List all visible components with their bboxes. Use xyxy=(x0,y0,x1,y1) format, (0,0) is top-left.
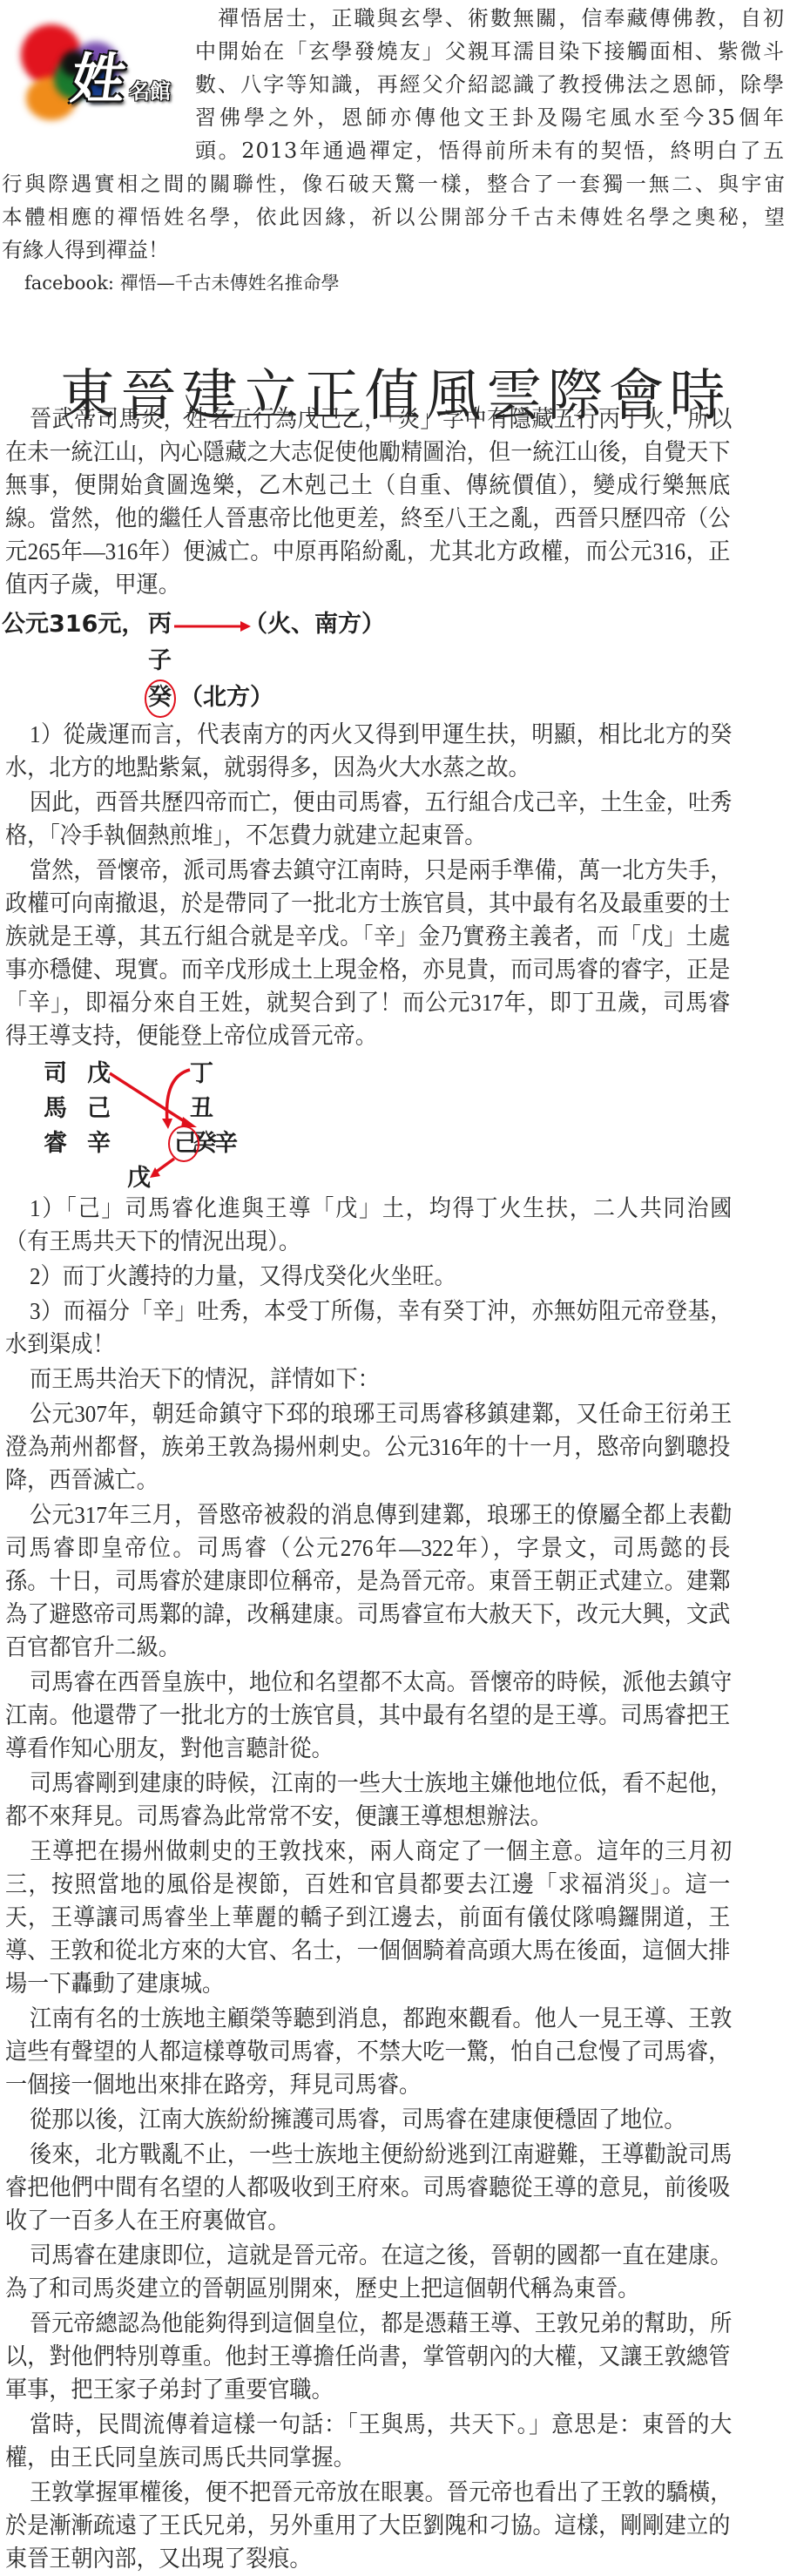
author-intro: 姓 名館 禪悟居士，正職與玄學、術數無關，信奉藏傳佛教，自初 中開始在「玄學發燒… xyxy=(0,0,790,296)
paragraph-line: （有王馬共天下的情況出現）。 xyxy=(5,1227,730,1256)
paragraph-line: 司馬睿剛到建康的時候，江南的一些大士族地主嫌他地位低，看不起他， xyxy=(30,1768,732,1798)
diagram-hidden-stem: 癸 xyxy=(148,683,172,713)
paragraph-line: 族就是王導，其五行組合就是辛戊。「辛」金乃實務主義者，而「戊」土處 xyxy=(5,922,730,951)
paragraph-line: 而王馬共治天下的情況，詳情如下： xyxy=(30,1364,732,1394)
paragraph-line: 元265年—316年）便滅亡。中原再陷紛亂，尤其北方政權，而公元316，正 xyxy=(5,537,730,566)
paragraph-line: 水到渠成！ xyxy=(5,1329,730,1359)
intro-line: 習佛學之外，恩師亦傳他文王卦及陽宅風水至今35個年 xyxy=(195,105,785,131)
intro-line: 中開始在「玄學發燒友」父親耳濡目染下接觸面相、紫微斗 xyxy=(195,38,785,64)
intro-line: 本體相應的禪悟姓名學，依此因緣，祈以公開部分千古未傳姓名學之奧秘，望 xyxy=(2,204,785,230)
facebook-line: facebook: 禪悟—千古未傳姓名推命學 xyxy=(24,270,340,296)
paragraph-line: 政權可向南撤退，於是帶同了一批北方士族官員，其中最有名及最重要的士 xyxy=(5,889,730,918)
paragraph-line: 司馬睿即皇帝位。司馬睿（公元276年—322年），字景文，司馬懿的長 xyxy=(5,1533,730,1563)
paragraph-line: 權，由王氏同皇族司馬氏共同掌握。 xyxy=(5,2443,730,2472)
intro-line: 有緣人得到禪益！ xyxy=(2,237,169,263)
logo-small-text: 名館 xyxy=(129,81,171,102)
paragraph-line: 這些有聲望的人都這樣尊敬司馬睿，不禁大吃一驚，怕自己怠慢了司馬睿， xyxy=(5,2037,730,2066)
paragraph-line: 公元307年，朝廷命鎮守下邳的琅琊王司馬睿移鎮建鄴，又任命王衍弟王 xyxy=(30,1399,732,1429)
paragraph-line: 後來，北方戰亂不止，一些士族地主便紛紛逃到江南避難，王導勸說司馬 xyxy=(30,2140,732,2169)
paragraph-line: 都不來拜見。司馬睿為此常常不安，便讓王導想想辦法。 xyxy=(5,1802,730,1831)
arrow-down-left-icon xyxy=(155,1159,174,1173)
arrowhead-icon xyxy=(162,1119,172,1129)
arrowhead-icon xyxy=(150,1167,160,1178)
logo-big-char: 姓 xyxy=(68,52,130,106)
paragraph-line: 東晉王朝內部，又出現了裂痕。 xyxy=(5,2544,730,2573)
paragraph-line: 水，北方的地點紫氣，就弱得多，因為火大水蒸之故。 xyxy=(5,753,730,782)
paragraph-line: 線。當然，他的繼任人晉惠帝比他更差，終至八王之亂，西晉只歷四帝（公 xyxy=(5,504,730,533)
paragraph-line: 從那以後，江南大族紛紛擁護司馬睿，司馬睿在建康便穩固了地位。 xyxy=(30,2105,732,2134)
paragraph-line: 一個接一個地出來排在路旁，拜見司馬睿。 xyxy=(5,2070,730,2099)
diagram-year-stem: 丁 xyxy=(190,1059,213,1089)
paragraph-line: 值丙子歲，甲運。 xyxy=(5,570,730,599)
paragraph-line: 降，西晉滅亡。 xyxy=(5,1465,730,1495)
paragraph-line: 在未一統江山，內心隱藏之大志促使他勵精圖治，但一統江山後，自覺天下 xyxy=(5,437,730,467)
diagram-result: 戊 xyxy=(127,1164,151,1193)
diagram-hidden-label: （北方） xyxy=(179,683,273,713)
paragraph-line: 三，按照當地的風俗是禊節，百姓和官員都要去江邊「求福消災」。這一 xyxy=(5,1869,730,1899)
intro-line: 頭。2013年通過禪定，悟得前所未有的契悟，終明白了五 xyxy=(195,138,785,164)
paragraph-line: 當然，晉懷帝，派司馬睿去鎮守江南時，只是兩手準備，萬一北方失手， xyxy=(30,855,732,885)
paragraph-line: 場一下轟動了建康城。 xyxy=(5,1969,730,1998)
paragraph-line: 事亦穩健、現實。而辛戊形成土上現金格，亦見貴，而司馬睿的睿字，正是 xyxy=(5,955,730,984)
paragraph-line: 當時，民間流傳着這樣一句話：「王與馬，共天下。」意思是：東晉的大 xyxy=(30,2410,732,2439)
intro-line: 數、八字等知識，再經父介紹認識了教授佛法之恩師，除學 xyxy=(195,71,785,98)
paragraph-line: 無事，便開始貪圖逸樂，乙木剋己土（自重、傳統價值），變成行樂無底 xyxy=(5,470,730,500)
paragraph-line: 收了一百多人在王府裏做官。 xyxy=(5,2206,730,2235)
diagram-name-element: 辛 xyxy=(87,1129,111,1159)
paragraph-line: 導、王敦和從北方來的大官、名士，一個個騎着高頭大馬在後面，這個大排 xyxy=(5,1936,730,1965)
paragraph-line: 2）而丁火護持的力量，又得戊癸化火坐旺。 xyxy=(30,1261,732,1291)
paragraph-line: 司馬睿在建康即位，這就是晉元帝。在這之後，晉朝的國都一直在建康。 xyxy=(30,2241,732,2270)
paragraph-line: 孫。十日，司馬睿於建康即位稱帝，是為晉元帝。東晉王朝正式建立。建鄴 xyxy=(5,1566,730,1596)
diagram-stem: 丙 xyxy=(148,610,172,639)
diagram-name-char: 睿 xyxy=(44,1129,67,1159)
paragraph-line: 為了和司馬炎建立的晉朝區別開來，歷史上把這個朝代稱為東晉。 xyxy=(5,2274,730,2303)
paragraph-line: 為了避愍帝司馬鄴的諱，改稱建康。司馬睿宣布大赦天下，改元大興，文武 xyxy=(5,1599,730,1629)
paragraph-line: 因此，西晉共歷四帝而亡，便由司馬睿，五行組合戊己辛，土生金，吐秀 xyxy=(30,788,732,817)
paragraph-line: 格，「冷手執個熱煎堆」，不怎費力就建立起東晉。 xyxy=(5,821,730,850)
intro-line: 行與際遇實相之間的關聯性，像石破天驚一樣，整合了一套獨一無二、與宇宙 xyxy=(2,171,785,197)
paragraph-line: 王導把在揚州做刺史的王敦找來，兩人商定了一個主意。這年的三月初 xyxy=(30,1836,732,1866)
paragraph-line: 得王導支持，便能登上帝位成晉元帝。 xyxy=(5,1021,730,1051)
paragraph-line: 江南有名的士族地主顧榮等聽到消息，都跑來觀看。他人一見王導、王敦 xyxy=(30,2004,732,2033)
intro-line: 禪悟居士，正職與玄學、術數無關，信奉藏傳佛教，自初 xyxy=(218,5,785,31)
paragraph-line: 以，對他們特別尊重。他封王導擔任尚書，掌管朝內的大權，又讓王敦總管 xyxy=(5,2342,730,2371)
paragraph-line: 晉武帝司馬炎，姓名五行為戊己乙，「炎」字中有隱藏五行丙丁火，所以 xyxy=(30,404,732,434)
diagram-name-element: 己 xyxy=(87,1094,111,1124)
diagram-name-char: 馬 xyxy=(44,1094,67,1124)
paragraph-line: 公元317年三月，晉愍帝被殺的消息傳到建鄴，琅琊王的僚屬全都上表勸 xyxy=(30,1500,732,1530)
paragraph-line: 於是漸漸疏遠了王氏兄弟，另外重用了大臣劉隗和刁協。這樣，剛剛建立的 xyxy=(5,2511,730,2540)
paragraph-line: 澄為荊州都督，族弟王敦為揚州刺史。公元316年的十一月，愍帝向劉聰投 xyxy=(5,1432,730,1462)
paragraph-line: 3）而福分「辛」吐秀，本受丁所傷，幸有癸丁沖，亦無妨阻元帝登基， xyxy=(30,1296,732,1326)
diagram-branch: 子 xyxy=(148,646,172,676)
arrow-diagonal-icon xyxy=(110,1073,188,1124)
logo: 姓 名館 xyxy=(9,16,183,120)
diagram-name-char: 司 xyxy=(44,1059,67,1089)
diagram-year-branch: 丑 xyxy=(190,1094,213,1124)
paragraph-line: 王敦掌握軍權後，便不把晉元帝放在眼裏。晉元帝也看出了王敦的驕橫， xyxy=(30,2478,732,2507)
paragraph-line: 江南。他還帶了一批北方的士族官員，其中最有名望的是王導。司馬睿把王 xyxy=(5,1700,730,1730)
paragraph-line: 司馬睿在西晉皇族中，地位和名望都不太高。晉懷帝的時候，派他去鎮守 xyxy=(30,1667,732,1697)
paragraph-line: 「辛」，即福分來自王姓，就契合到了！而公元317年，即丁丑歲，司馬睿 xyxy=(5,988,730,1018)
paragraph-line: 1）「己」司馬睿化進與王導「戊」土，均得丁火生扶，二人共同治國 xyxy=(30,1193,732,1223)
paragraph-line: 軍事，把王家子弟封了重要官職。 xyxy=(5,2375,730,2404)
paragraph-line: 百官都官升二級。 xyxy=(5,1633,730,1662)
paragraph-line: 天，王導讓司馬睿坐上華麗的轎子到江邊去，前面有儀仗隊鳴鑼開道，王 xyxy=(5,1903,730,1932)
paragraph-line: 睿把他們中間有名望的人都吸收到王府來。司馬睿聽從王導的意見，前後吸 xyxy=(5,2173,730,2202)
diagram-hidden-stem: 癸 xyxy=(193,1129,217,1159)
paragraph-line: 晉元帝總認為他能夠得到這個皇位，都是憑藉王導、王敦兄弟的幫助，所 xyxy=(30,2309,732,2338)
paragraph-line: 1）從歲運而言，代表南方的丙火又得到甲運生扶，明顯，相比北方的癸 xyxy=(30,720,732,749)
paragraph-line: 導看作知心朋友，對他言聽計從。 xyxy=(5,1734,730,1763)
diagram-hidden-stem: 辛 xyxy=(214,1129,238,1159)
arrow-curve-icon xyxy=(167,1070,190,1122)
diagram-stem-label: （火、南方） xyxy=(244,610,385,639)
diagram-name-element: 戊 xyxy=(87,1059,111,1089)
diagram-year-prefix: 公元316元， xyxy=(2,610,145,639)
